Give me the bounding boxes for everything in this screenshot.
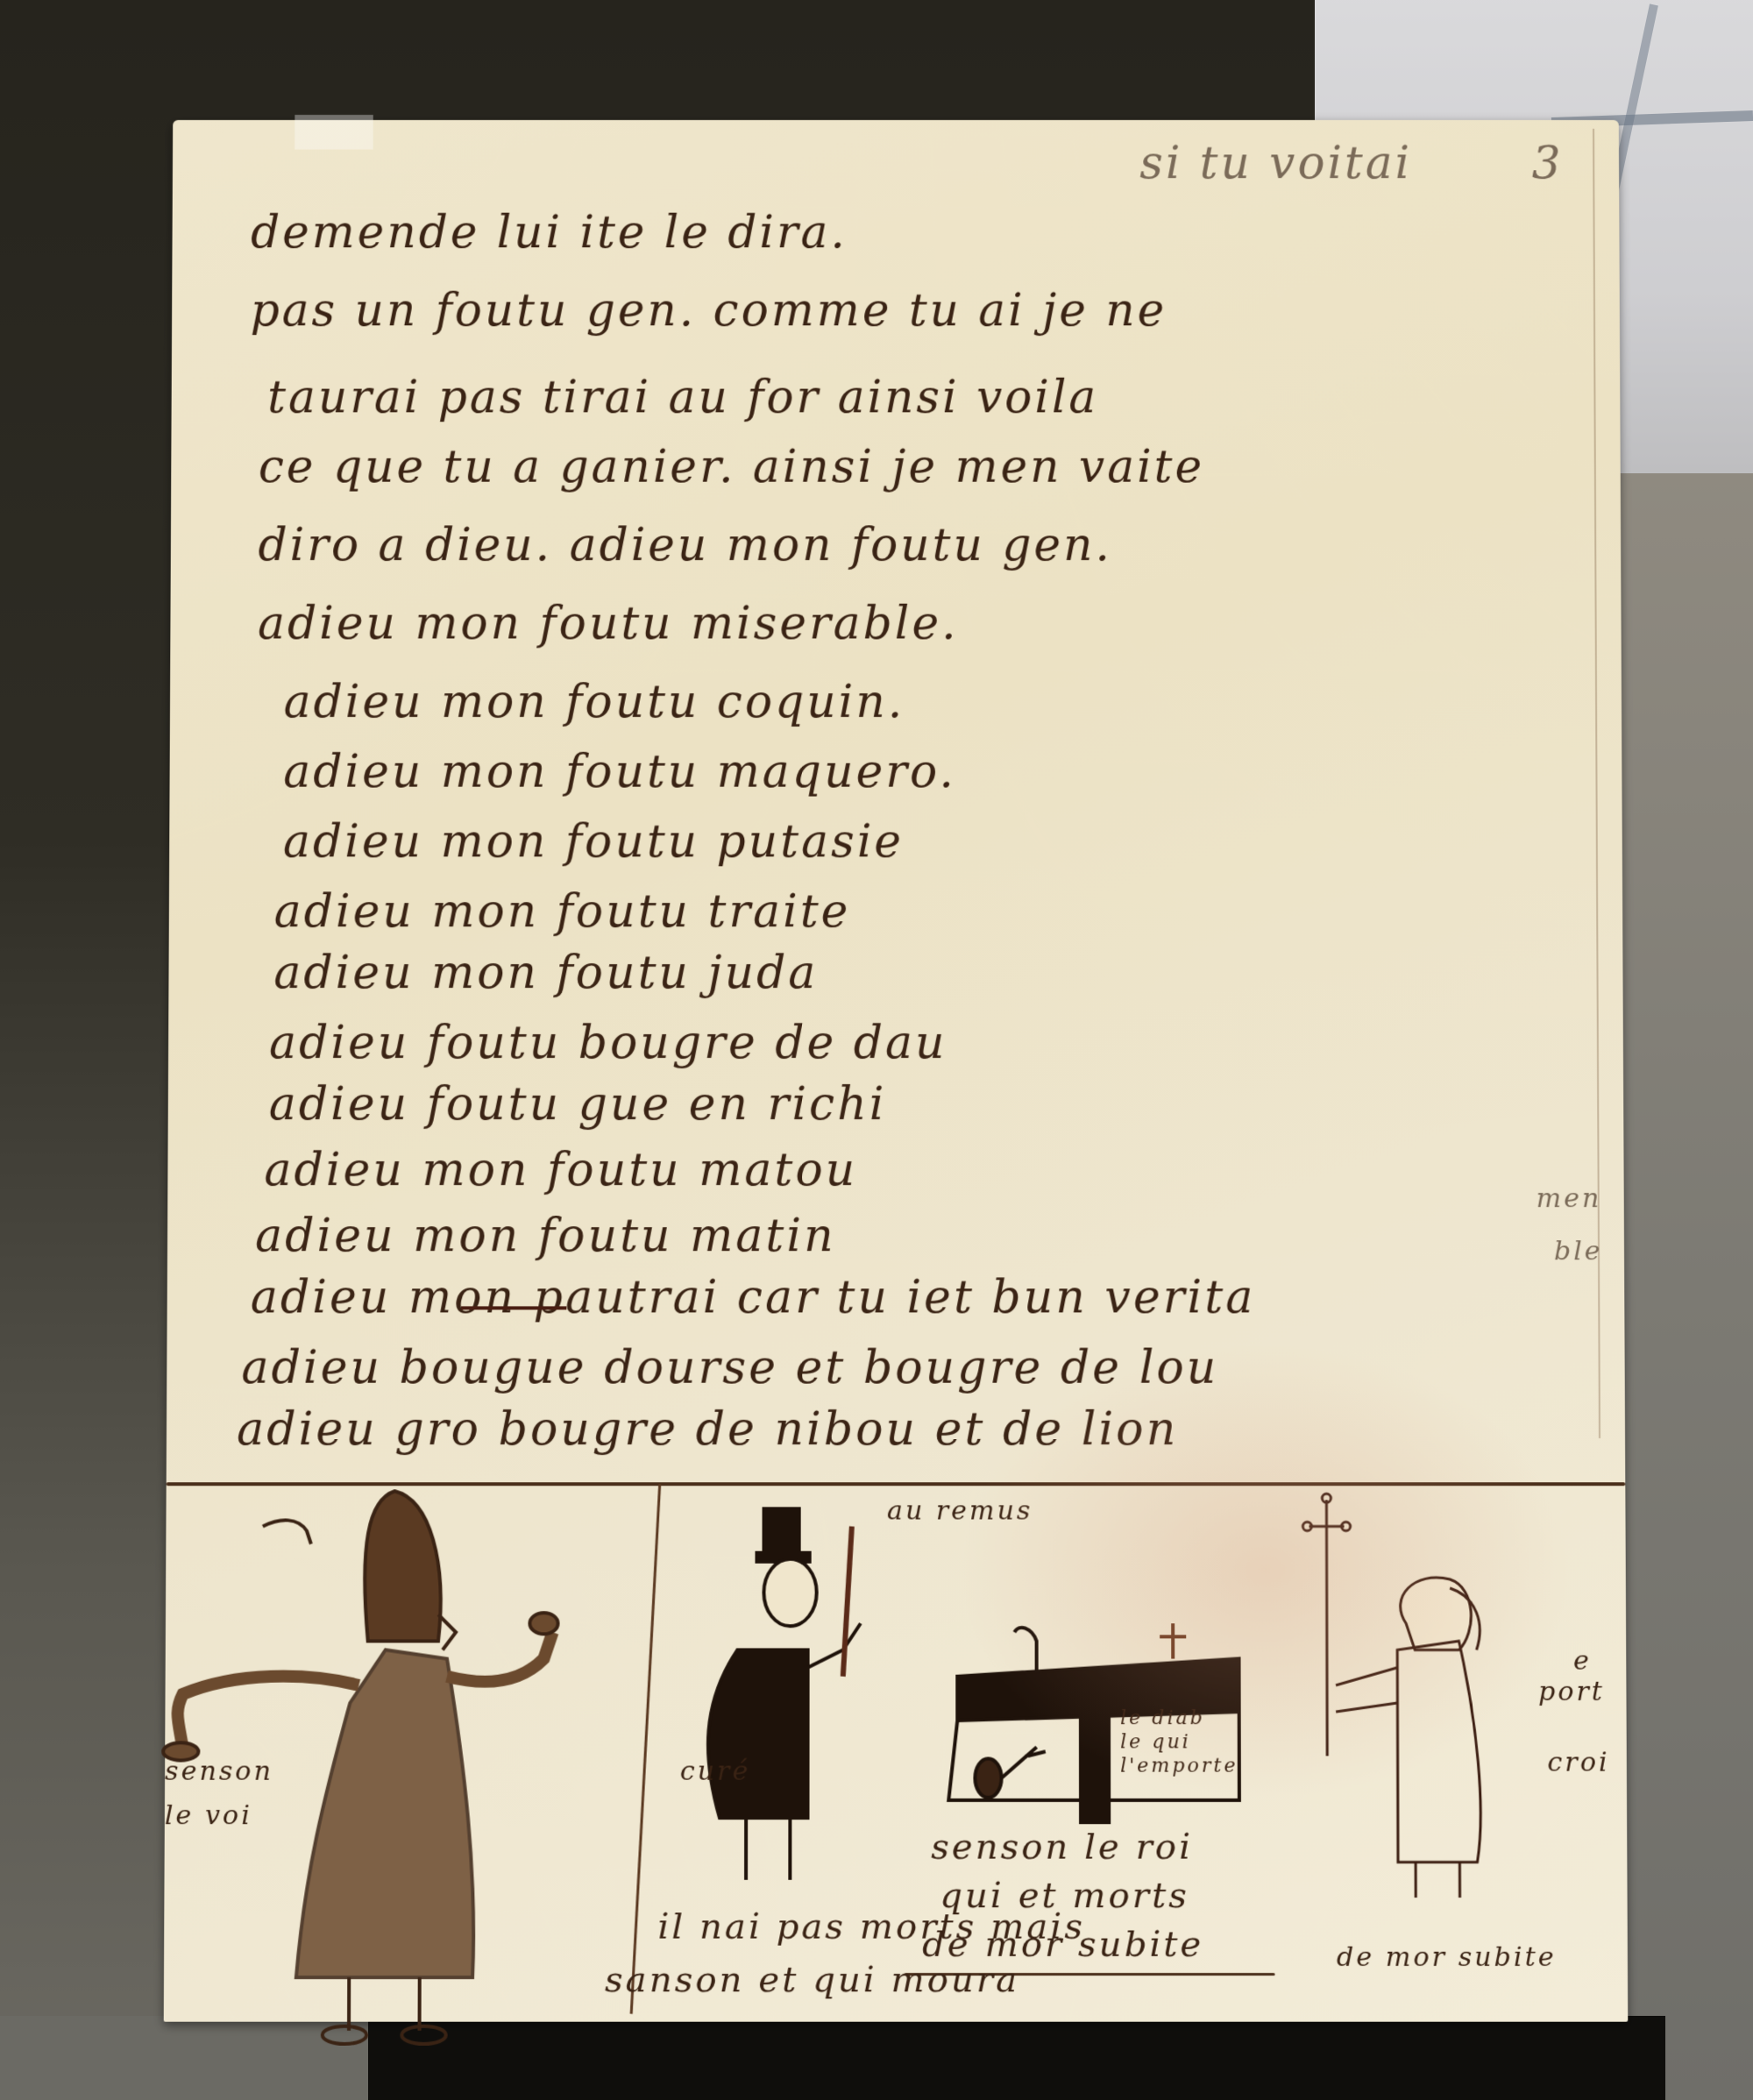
manuscript-line: adieu mon foutu matin [255,1210,836,1262]
manuscript-line: adieu gro bougre de nibou et de lion [237,1403,1178,1456]
manuscript-line: adieu foutu bougre de dau [269,1017,947,1069]
cloaked-figure-drawing [129,1482,483,2012]
middle-caption: senson le roi [931,1827,1193,1867]
bottom-text-line: il nai pas morts mais [657,1906,1085,1947]
manuscript-line: adieu mon pautrai car tu iet bun verita [251,1271,1256,1323]
drawing-caption: e [1573,1645,1592,1676]
mounting-tape [295,115,373,150]
bottom-text-line: de mor subite [1337,1942,1557,1973]
manuscript-sheet: si tu voitai 3 demende lui ite le dira. … [164,120,1629,2022]
page-number: 3 [1532,138,1564,189]
manuscript-line: adieu foutu gue en richi [269,1078,887,1131]
header-right-text: si tu voitai [1139,138,1412,189]
strikethrough-mark [461,1306,566,1309]
manuscript-line: adieu mon foutu maquero. [283,746,956,798]
display-wall-bottom [0,2016,368,2100]
manuscript-line: adieu mon foutu coquin. [284,676,905,728]
manuscript-line: ce que tu a ganier. ainsi je men vaite [259,441,1204,493]
manuscript-line: adieu mon foutu traite [274,885,851,938]
manuscript-line: adieu mon foutu miserable. [258,598,959,650]
drawing-label: au remus [887,1495,1033,1526]
altar-text: le diab [1120,1707,1205,1729]
manuscript-line: diro a dieu. adieu mon foutu gen. [258,519,1112,571]
manuscript-line: adieu mon foutu juda [273,947,818,999]
altar-drawing [940,1623,1257,1818]
margin-note: ble [1554,1236,1603,1266]
bottom-text-line: sanson et qui moura [605,1960,1019,2001]
manuscript-line: adieu bougue dourse et bougre de lou [241,1342,1218,1394]
cross-bearer-figure-drawing [1300,1491,1565,1898]
drawing-caption: senson [165,1756,273,1786]
manuscript-line: pas un foutu gen. comme tu ai je ne [251,285,1167,337]
display-stand [368,2016,1665,2100]
manuscript-line: demende lui ite le dira. [251,207,848,259]
manuscript-line: adieu mon foutu putasie [283,816,904,869]
cure-figure-drawing [685,1491,913,1862]
drawing-label: curé [680,1756,751,1786]
drawing-caption: port [1538,1677,1605,1707]
manuscript-line: adieu mon foutu matou [264,1144,857,1196]
altar-text: le qui [1120,1731,1191,1753]
drawing-caption: le voi [165,1800,252,1831]
manuscript-line: taurai pas tirai au for ainsi voila [267,372,1098,423]
margin-note: men [1537,1183,1602,1214]
drawing-caption: croi [1547,1747,1609,1777]
panel-divider-line [630,1484,662,2014]
altar-text: l'emporte [1120,1755,1238,1777]
